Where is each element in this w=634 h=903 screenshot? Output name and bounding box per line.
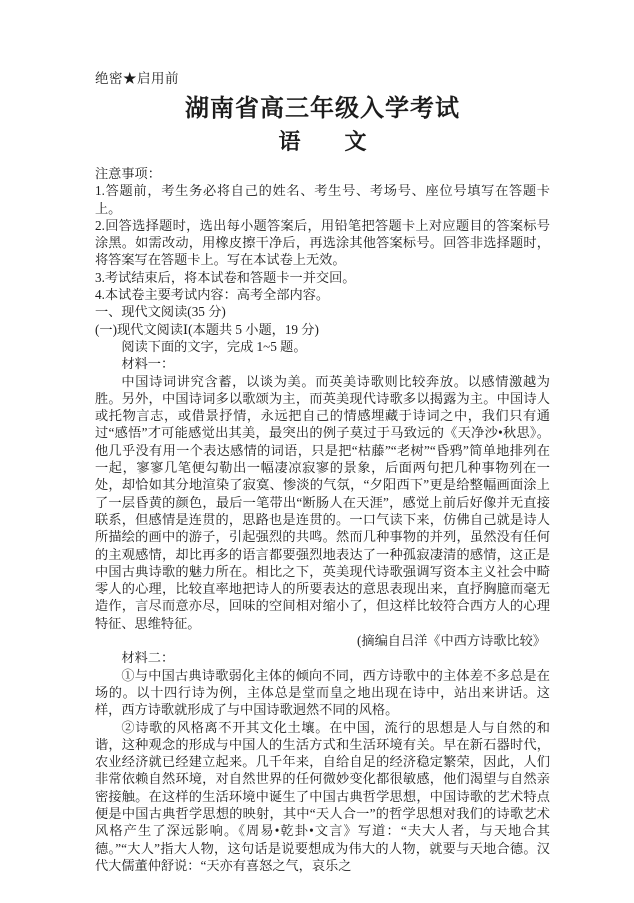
notice-item-2: 2.回答选择题时，选出每小题答案后，用铅笔把答题卡上对应题目的答案标号涂黑。如需…: [95, 217, 550, 269]
exam-paper-page: 绝密★启用前 湖南省高三年级入学考试 语 文 注意事项： 1.答题前，考生务必将…: [0, 0, 634, 903]
classification-banner: 绝密★启用前: [95, 70, 550, 87]
material-one-attribution: (摘编自吕洋《中西方诗歌比较》: [95, 632, 550, 649]
exam-subject-title: 语 文: [95, 128, 550, 156]
material-one-label: 材料一：: [95, 355, 550, 372]
section-heading: 一、现代文阅读(35 分): [95, 303, 550, 320]
notice-item-4: 4.本试卷主要考试内容：高考全部内容。: [95, 286, 550, 303]
exam-title: 湖南省高三年级入学考试: [95, 94, 550, 124]
material-two-paragraph-2: ②诗歌的风格离不开其文化土壤。在中国，流行的思想是人与自然的和谐，这种观念的形成…: [95, 719, 550, 875]
notice-heading: 注意事项：: [95, 165, 550, 182]
material-two-paragraph-1: ①与中国古典诗歌弱化主体的倾向不同，西方诗歌中的主体差不多总是在场的。以十四行诗…: [95, 667, 550, 719]
exam-body: 注意事项： 1.答题前，考生务必将自己的姓名、考生号、考场号、座位号填写在答题卡…: [95, 165, 550, 874]
notice-item-3: 3.考试结束后，将本试卷和答题卡一并交回。: [95, 269, 550, 286]
material-two-label: 材料二：: [95, 649, 550, 666]
section-subheading: (一)现代文阅读Ⅰ(本题共 5 小题，19 分): [95, 321, 550, 338]
notice-item-1: 1.答题前，考生务必将自己的姓名、考生号、考场号、座位号填写在答题卡上。: [95, 182, 550, 217]
material-one-paragraph: 中国诗词讲究含蓄，以谈为美。而英美诗歌则比较奔放。以感情激越为胜。另外，中国诗词…: [95, 373, 550, 632]
reading-instruction: 阅读下面的文字，完成 1~5 题。: [95, 338, 550, 355]
